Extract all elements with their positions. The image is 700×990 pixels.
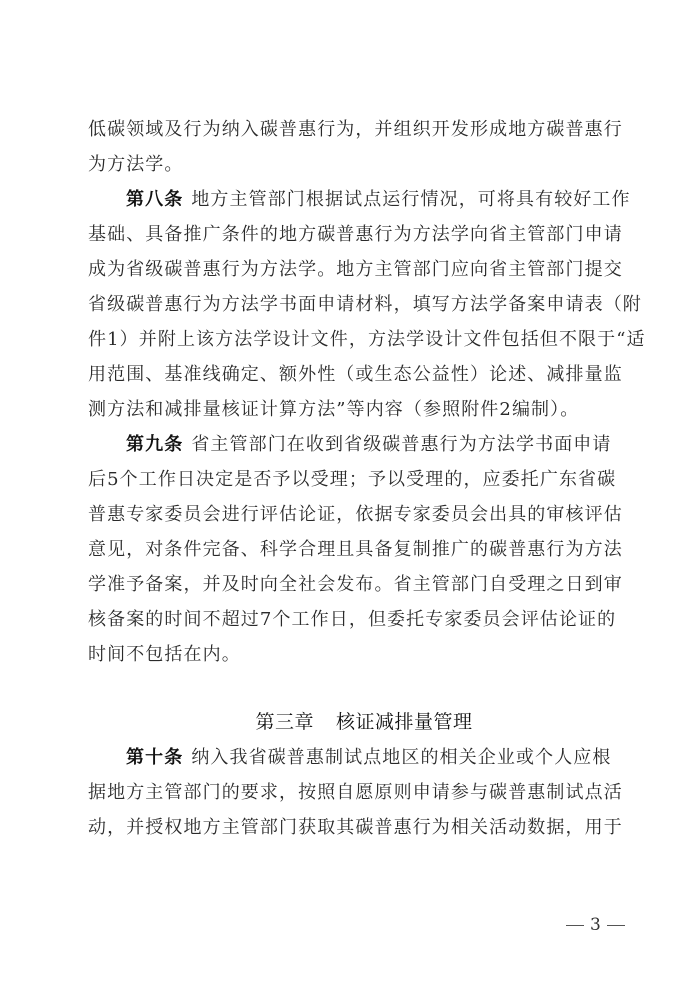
text-line: 基础、具备推广条件的地方碳普惠行为方法学向省主管部门申请 [88,217,628,252]
text-line: 核备案的时间不超过7个工作日，但委托专家委员会评估论证的 [88,602,628,637]
dash-decoration [607,925,625,926]
article-label: 第十条 [126,747,183,768]
article-10-first-line: 第十条纳入我省碳普惠制试点地区的相关企业或个人应根 [88,740,628,775]
text-line: 普惠专家委员会进行评估论证，依据专家委员会出具的审核评估 [88,497,628,532]
text-line: 后5个工作日决定是否予以受理；予以受理的，应委托广东省碳 [88,462,628,497]
text-line: 纳入我省碳普惠制试点地区的相关企业或个人应根 [191,747,611,768]
text-line: 学准予备案，并及时向全社会发布。省主管部门自受理之日到审 [88,567,628,602]
page-number: 3 [560,915,631,935]
section-gap [88,672,628,705]
text-line: 意见，对条件完备、科学合理且具备复制推广的碳普惠行为方法 [88,532,628,567]
text-line: 成为省级碳普惠行为方法学。地方主管部门应向省主管部门提交 [88,252,628,287]
article-8-first-line: 第八条地方主管部门根据试点运行情况，可将具有较好工作 [88,182,628,217]
chapter-title: 核证减排量管理 [336,711,473,733]
text-line: 动，并授权地方主管部门获取其碳普惠行为相关活动数据，用于 [88,810,628,845]
text-line: 省级碳普惠行为方法学书面申请材料，填写方法学备案申请表（附 [88,287,628,322]
chapter-heading: 第三章核证减排量管理 [88,705,628,740]
text-line: 用范围、基准线确定、额外性（或生态公益性）论述、减排量监 [88,357,628,392]
text-line: 件1）并附上该方法学设计文件，方法学设计文件包括但不限于“适 [88,322,628,357]
article-label: 第九条 [126,434,183,455]
article-9-first-line: 第九条省主管部门在收到省级碳普惠行为方法学书面申请 [88,427,628,462]
text-line: 据地方主管部门的要求，按照自愿原则申请参与碳普惠制试点活 [88,775,628,810]
chapter-number: 第三章 [255,711,314,733]
text-line: 时间不包括在内。 [88,637,628,672]
text-line: 低碳领域及行为纳入碳普惠行为，并组织开发形成地方碳普惠行 [88,112,628,147]
dash-decoration [566,925,584,926]
document-page: 低碳领域及行为纳入碳普惠行为，并组织开发形成地方碳普惠行 为方法学。 第八条地方… [0,0,700,990]
page-number-value: 3 [590,915,601,935]
text-line: 省主管部门在收到省级碳普惠行为方法学书面申请 [191,434,611,455]
article-label: 第八条 [126,189,183,210]
text-line: 地方主管部门根据试点运行情况，可将具有较好工作 [191,189,630,210]
text-line: 测方法和减排量核证计算方法”等内容（参照附件2编制）。 [88,392,628,427]
body-text: 低碳领域及行为纳入碳普惠行为，并组织开发形成地方碳普惠行 为方法学。 第八条地方… [88,112,628,845]
text-line: 为方法学。 [88,147,628,182]
